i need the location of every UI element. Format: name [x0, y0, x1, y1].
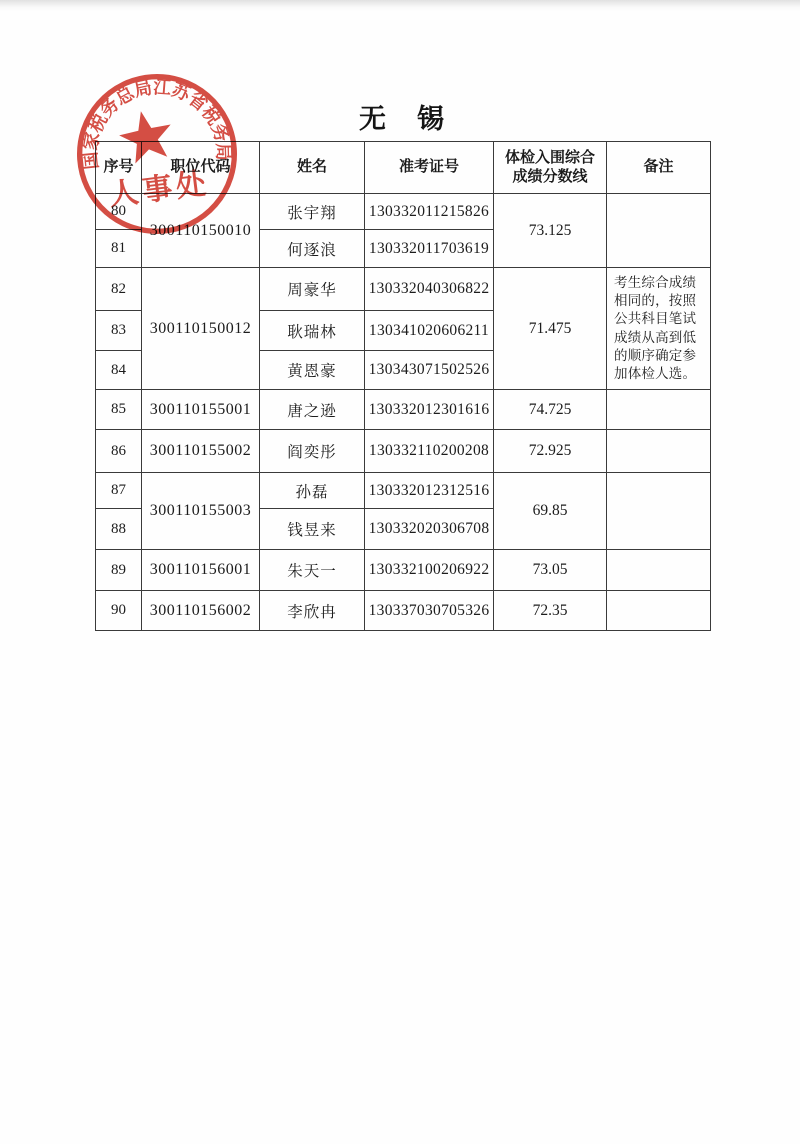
- score-line-cell: 73.05: [494, 550, 607, 591]
- candidate-name-cell: 阎奕彤: [260, 430, 365, 473]
- position-code-cell: 300110155002: [142, 430, 260, 473]
- score-line-cell: 71.475: [494, 268, 607, 390]
- serial-number-cell: 82: [96, 268, 142, 311]
- position-code-cell: 300110155003: [142, 473, 260, 550]
- remark-cell: 考生综合成绩相同的，按照公共科目笔试成绩从高到低的顺序确定参加体检人选。: [607, 268, 711, 390]
- serial-number-cell: 87: [96, 473, 142, 509]
- exam-ticket-cell: 130332011215826: [365, 194, 494, 230]
- table-header-row: 序号职位代码姓名准考证号体检入围综合 成绩分数线备注: [96, 142, 711, 194]
- table-row: 87300110155003孙磊13033201231251669.85: [96, 473, 711, 509]
- remark-cell: [607, 430, 711, 473]
- serial-number-cell: 80: [96, 194, 142, 230]
- serial-number-cell: 84: [96, 351, 142, 390]
- candidate-name-cell: 黄恩豪: [260, 351, 365, 390]
- exam-ticket-cell: 130343071502526: [365, 351, 494, 390]
- remark-cell: [607, 473, 711, 550]
- remark-cell: [607, 591, 711, 631]
- column-header: 序号: [96, 142, 142, 194]
- candidate-name-cell: 耿瑞林: [260, 311, 365, 351]
- document-page: 无 锡 序号职位代码姓名准考证号体检入围综合 成绩分数线备注 803001101…: [0, 0, 800, 1144]
- scan-artifact: [0, 0, 800, 12]
- exam-ticket-cell: 130332011703619: [365, 230, 494, 268]
- exam-ticket-cell: 130337030705326: [365, 591, 494, 631]
- serial-number-cell: 81: [96, 230, 142, 268]
- column-header: 准考证号: [365, 142, 494, 194]
- score-table: 序号职位代码姓名准考证号体检入围综合 成绩分数线备注 8030011015001…: [95, 141, 711, 631]
- serial-number-cell: 85: [96, 390, 142, 430]
- column-header: 体检入围综合 成绩分数线: [494, 142, 607, 194]
- candidate-name-cell: 李欣冉: [260, 591, 365, 631]
- remark-cell: [607, 550, 711, 591]
- candidate-name-cell: 周豪华: [260, 268, 365, 311]
- remark-cell: [607, 194, 711, 268]
- position-code-cell: 300110150010: [142, 194, 260, 268]
- column-header: 职位代码: [142, 142, 260, 194]
- score-line-cell: 72.35: [494, 591, 607, 631]
- table-row: 80300110150010张宇翔13033201121582673.125: [96, 194, 711, 230]
- candidate-name-cell: 张宇翔: [260, 194, 365, 230]
- serial-number-cell: 83: [96, 311, 142, 351]
- serial-number-cell: 88: [96, 509, 142, 550]
- exam-ticket-cell: 130341020606211: [365, 311, 494, 351]
- candidate-name-cell: 钱昱来: [260, 509, 365, 550]
- candidate-name-cell: 何逐浪: [260, 230, 365, 268]
- table-row: 86300110155002阎奕彤13033211020020872.925: [96, 430, 711, 473]
- table-row: 90300110156002李欣冉13033703070532672.35: [96, 591, 711, 631]
- exam-ticket-cell: 130332012301616: [365, 390, 494, 430]
- candidate-name-cell: 朱天一: [260, 550, 365, 591]
- score-line-cell: 69.85: [494, 473, 607, 550]
- position-code-cell: 300110156002: [142, 591, 260, 631]
- remark-cell: [607, 390, 711, 430]
- exam-ticket-cell: 130332012312516: [365, 473, 494, 509]
- column-header: 备注: [607, 142, 711, 194]
- column-header: 姓名: [260, 142, 365, 194]
- candidate-name-cell: 唐之逊: [260, 390, 365, 430]
- position-code-cell: 300110150012: [142, 268, 260, 390]
- page-title: 无 锡: [95, 97, 710, 136]
- table-row: 89300110156001朱天一13033210020692273.05: [96, 550, 711, 591]
- position-code-cell: 300110156001: [142, 550, 260, 591]
- score-line-cell: 72.925: [494, 430, 607, 473]
- serial-number-cell: 86: [96, 430, 142, 473]
- score-line-cell: 74.725: [494, 390, 607, 430]
- exam-ticket-cell: 130332100206922: [365, 550, 494, 591]
- candidate-name-cell: 孙磊: [260, 473, 365, 509]
- exam-ticket-cell: 130332110200208: [365, 430, 494, 473]
- table-row: 85300110155001唐之逊13033201230161674.725: [96, 390, 711, 430]
- score-line-cell: 73.125: [494, 194, 607, 268]
- position-code-cell: 300110155001: [142, 390, 260, 430]
- exam-ticket-cell: 130332020306708: [365, 509, 494, 550]
- serial-number-cell: 89: [96, 550, 142, 591]
- table-row: 82300110150012周豪华13033204030682271.475考生…: [96, 268, 711, 311]
- exam-ticket-cell: 130332040306822: [365, 268, 494, 311]
- serial-number-cell: 90: [96, 591, 142, 631]
